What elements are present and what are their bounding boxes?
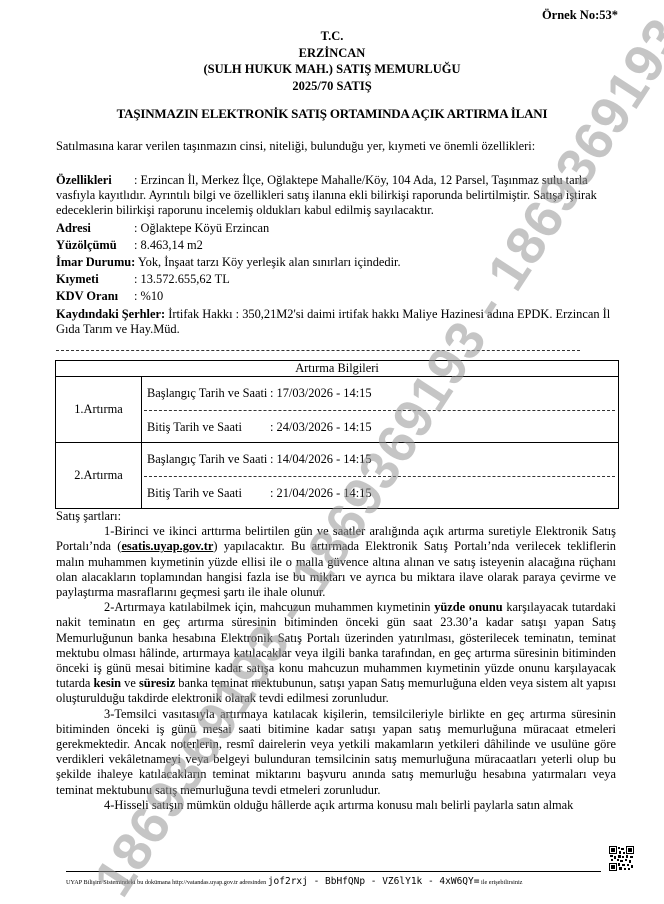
footer-access-note: UYAP Bilişim Sistemindeki bu dokümana ht… <box>66 876 522 887</box>
value-label: Kıymeti <box>56 272 134 287</box>
address-label: Adresi <box>56 221 134 236</box>
property-details: Özellikleri: Erzincan İl, Merkez İlçe, O… <box>56 173 616 337</box>
footer-divider <box>66 871 601 872</box>
auction-info-table: Artırma Bilgileri 1.Artırma Başlangıç Ta… <box>55 360 619 509</box>
table-row: 1.Artırma Başlangıç Tarih ve Saati: 17/0… <box>56 377 619 443</box>
term-2-bold-suresiz: süresiz <box>139 676 175 690</box>
property-area: Yüzölçümü: 8.463,14 m2 <box>56 238 616 253</box>
esatis-link[interactable]: esatis.uyap.gov.tr <box>121 539 213 553</box>
zoning-value: Yok, İnşaat tarzı Köy yerleşik alan sını… <box>135 255 400 269</box>
start-label: Başlangıç Tarih ve Saati <box>147 452 270 467</box>
end-label: Bitiş Tarih ve Saati <box>147 420 270 435</box>
terms-heading: Satış şartları: <box>56 509 616 524</box>
term-2-bold-kesin: kesin <box>94 676 122 690</box>
row-separator-dashed <box>144 410 615 411</box>
document-access-code: jof2rxj - BbHfQNp - VZ6lY1k - 4xW6QY= <box>268 876 480 887</box>
end-value: : 24/03/2026 - 14:15 <box>270 420 372 434</box>
term-4: 4-Hisseli satışın mümkün olduğu hâllerde… <box>56 798 616 813</box>
property-zoning: İmar Durumu: Yok, İnşaat tarzı Köy yerle… <box>56 255 616 270</box>
intro-text: Satılmasına karar verilen taşınmazın cin… <box>56 139 535 154</box>
end-value: : 21/04/2026 - 14:15 <box>270 486 372 500</box>
property-address: Adresi: Oğlaktepe Köyü Erzincan <box>56 221 616 236</box>
area-value: : 8.463,14 m2 <box>134 238 203 252</box>
vat-value: : %10 <box>134 289 163 303</box>
address-value: : Oğlaktepe Köyü Erzincan <box>134 221 269 235</box>
vat-label: KDV Oranı <box>56 289 134 304</box>
round-end: Bitiş Tarih ve Saati: 21/04/2026 - 14:15 <box>147 486 372 501</box>
term-3: 3-Temsilci vasıtasıyla artırmaya katılac… <box>56 707 616 798</box>
qr-code-icon <box>609 846 634 871</box>
term-1: 1-Birinci ve ikinci arttırma belirtilen … <box>56 524 616 600</box>
zoning-label: İmar Durumu: <box>56 255 135 270</box>
round-end: Bitiş Tarih ve Saati: 24/03/2026 - 14:15 <box>147 420 372 435</box>
property-features: Özellikleri: Erzincan İl, Merkez İlçe, O… <box>56 173 616 219</box>
term-2: 2-Artırmaya katılabilmek için, mahcuzun … <box>56 600 616 706</box>
auction-table-header: Artırma Bilgileri <box>56 361 619 377</box>
round-name: 2.Artırma <box>56 443 142 509</box>
round-name: 1.Artırma <box>56 377 142 443</box>
header-line-city: ERZİNCAN <box>0 45 664 62</box>
document-header: T.C. ERZİNCAN (SULH HUKUK MAH.) SATIŞ ME… <box>0 28 664 94</box>
sale-terms: Satış şartları: 1-Birinci ve ikinci artt… <box>56 509 616 813</box>
start-value: : 14/04/2026 - 14:15 <box>270 452 372 466</box>
footer-suffix: ile erişebilirsiniz <box>479 879 522 886</box>
footer-prefix: UYAP Bilişim Sistemindeki bu dokümana ht… <box>66 879 268 886</box>
round-start: Başlangıç Tarih ve Saati: 14/04/2026 - 1… <box>147 452 372 467</box>
start-label: Başlangıç Tarih ve Saati <box>147 386 270 401</box>
round-start: Başlangıç Tarih ve Saati: 17/03/2026 - 1… <box>147 386 372 401</box>
term-2-bold-percent: yüzde onunu <box>434 600 502 614</box>
term-2-text-a: 2-Artırmaya katılabilmek için, mahcuzun … <box>104 600 434 614</box>
term-2-text-c: ve <box>121 676 139 690</box>
header-line-tc: T.C. <box>0 28 664 45</box>
property-vat: KDV Oranı: %10 <box>56 289 616 304</box>
area-label: Yüzölçümü <box>56 238 134 253</box>
start-value: : 17/03/2026 - 14:15 <box>270 386 372 400</box>
separator-dashed <box>56 350 580 351</box>
features-value: : Erzincan İl, Merkez İlçe, Oğlaktepe Ma… <box>56 173 597 217</box>
row-separator-dashed <box>144 476 615 477</box>
property-annotations: Kaydındaki Şerhler: İrtifak Hakkı : 350,… <box>56 307 616 337</box>
header-line-file-no: 2025/70 SATIŞ <box>0 78 664 95</box>
annotations-label: Kaydındaki Şerhler: <box>56 307 165 322</box>
header-line-office: (SULH HUKUK MAH.) SATIŞ MEMURLUĞU <box>0 61 664 78</box>
property-value: Kıymeti: 13.572.655,62 TL <box>56 272 616 287</box>
table-row: 2.Artırma Başlangıç Tarih ve Saati: 14/0… <box>56 443 619 509</box>
features-label: Özellikleri <box>56 173 134 188</box>
sample-number: Örnek No:53* <box>542 8 618 23</box>
document-title: TAŞINMAZIN ELEKTRONİK SATIŞ ORTAMINDA AÇ… <box>0 106 664 122</box>
value-amount: : 13.572.655,62 TL <box>134 272 230 286</box>
end-label: Bitiş Tarih ve Saati <box>147 486 270 501</box>
